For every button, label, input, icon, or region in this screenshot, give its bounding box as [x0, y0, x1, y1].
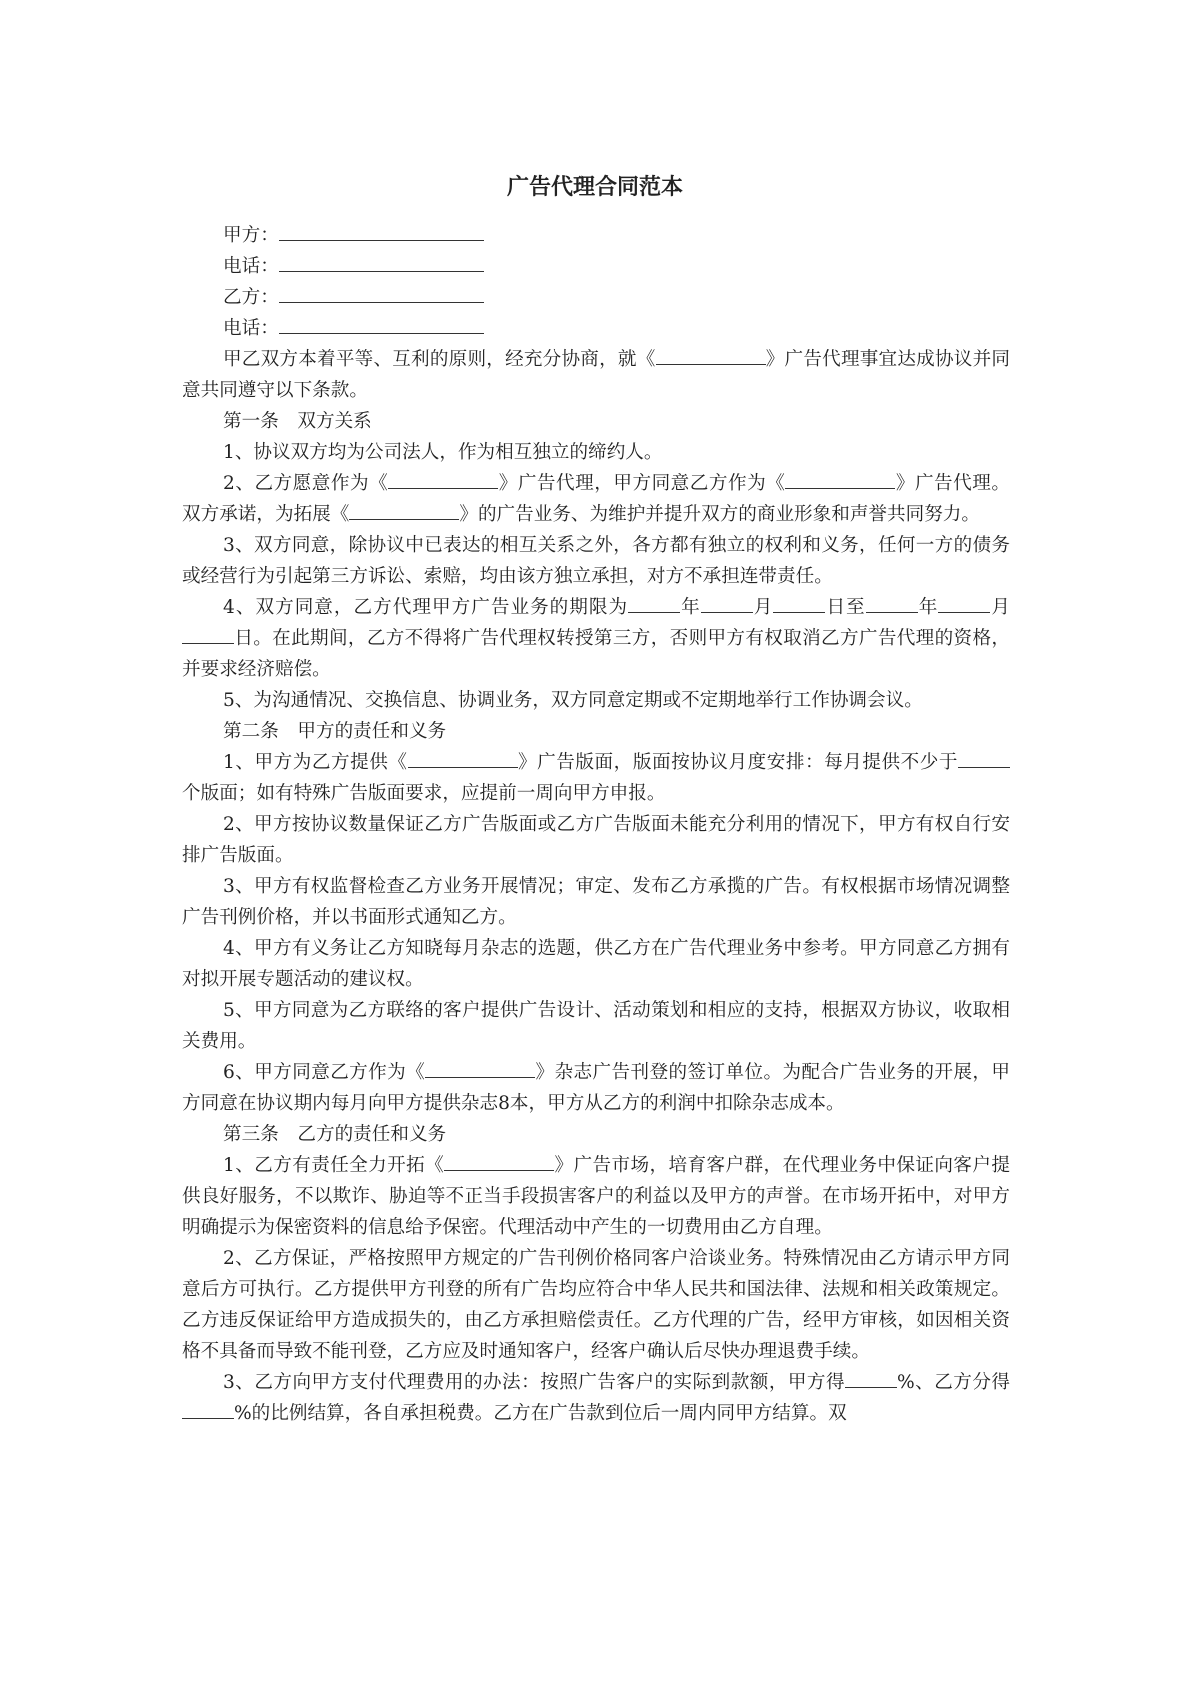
field-label: 电话：	[223, 318, 279, 339]
publication-blank[interactable]	[444, 1150, 554, 1171]
publication-blank[interactable]	[785, 468, 895, 489]
publication-blank[interactable]	[408, 747, 518, 768]
percent-blank[interactable]	[182, 1398, 234, 1419]
article-2-heading: 第二条 甲方的责任和义务	[182, 716, 1010, 747]
clause: 5、为沟通情况、交换信息、协调业务，双方同意定期或不定期地举行工作协调会议。	[182, 685, 1010, 716]
clause: 3、甲方有权监督检查乙方业务开展情况；审定、发布乙方承揽的广告。有权根据市场情况…	[182, 871, 1010, 933]
clause: 5、甲方同意为乙方联络的客户提供广告设计、活动策划和相应的支持，根据双方协议，收…	[182, 995, 1010, 1057]
party-b-phone-blank[interactable]	[279, 313, 484, 334]
publication-blank[interactable]	[349, 499, 459, 520]
clause: 4、甲方有义务让乙方知晓每月杂志的选题，供乙方在广告代理业务中参考。甲方同意乙方…	[182, 933, 1010, 995]
party-b-field: 乙方：	[182, 282, 1010, 313]
publication-blank[interactable]	[656, 344, 766, 365]
clause: 4、双方同意，乙方代理甲方广告业务的期限为年月日至年月日。在此期间，乙方不得将广…	[182, 592, 1010, 685]
party-a-blank[interactable]	[279, 220, 484, 241]
field-label: 电话：	[223, 256, 279, 277]
document-page: 广告代理合同范本 甲方： 电话： 乙方： 电话： 甲乙双方本着平等、互利的原则，…	[0, 0, 1190, 1683]
percent-blank[interactable]	[845, 1367, 897, 1388]
party-b-phone-field: 电话：	[182, 313, 1010, 344]
date-blank[interactable]	[182, 623, 234, 644]
article-1-heading: 第一条 双方关系	[182, 406, 1010, 437]
clause: 1、协议双方均为公司法人，作为相互独立的缔约人。	[182, 437, 1010, 468]
clause: 3、双方同意，除协议中已表达的相互关系之外，各方都有独立的权利和义务，任何一方的…	[182, 530, 1010, 592]
date-blank[interactable]	[866, 592, 918, 613]
document-title: 广告代理合同范本	[0, 170, 1190, 201]
publication-blank[interactable]	[388, 468, 498, 489]
party-b-blank[interactable]	[279, 282, 484, 303]
publication-blank[interactable]	[425, 1057, 535, 1078]
party-a-phone-field: 电话：	[182, 251, 1010, 282]
field-label: 乙方：	[223, 287, 279, 308]
count-blank[interactable]	[958, 747, 1010, 768]
party-a-phone-blank[interactable]	[279, 251, 484, 272]
date-blank[interactable]	[938, 592, 990, 613]
field-label: 甲方：	[223, 225, 279, 246]
party-a-field: 甲方：	[182, 220, 1010, 251]
clause: 1、乙方有责任全力开拓《》广告市场，培育客户群，在代理业务中保证向客户提供良好服…	[182, 1150, 1010, 1243]
clause: 6、甲方同意乙方作为《》杂志广告刊登的签订单位。为配合广告业务的开展，甲方同意在…	[182, 1057, 1010, 1119]
date-blank[interactable]	[773, 592, 825, 613]
intro-paragraph: 甲乙双方本着平等、互利的原则，经充分协商，就《》广告代理事宜达成协议并同意共同遵…	[182, 344, 1010, 406]
clause: 1、甲方为乙方提供《》广告版面，版面按协议月度安排：每月提供不少于个版面；如有特…	[182, 747, 1010, 809]
clause: 2、甲方按协议数量保证乙方广告版面或乙方广告版面未能充分利用的情况下，甲方有权自…	[182, 809, 1010, 871]
document-body: 甲方： 电话： 乙方： 电话： 甲乙双方本着平等、互利的原则，经充分协商，就《》…	[182, 220, 1010, 1429]
clause: 2、乙方保证，严格按照甲方规定的广告刊例价格同客户洽谈业务。特殊情况由乙方请示甲…	[182, 1243, 1010, 1367]
date-blank[interactable]	[701, 592, 753, 613]
clause: 3、乙方向甲方支付代理费用的办法：按照广告客户的实际到款额，甲方得%、乙方分得%…	[182, 1367, 1010, 1429]
article-3-heading: 第三条 乙方的责任和义务	[182, 1119, 1010, 1150]
date-blank[interactable]	[628, 592, 680, 613]
clause: 2、乙方愿意作为《》广告代理，甲方同意乙方作为《》广告代理。双方承诺，为拓展《》…	[182, 468, 1010, 530]
